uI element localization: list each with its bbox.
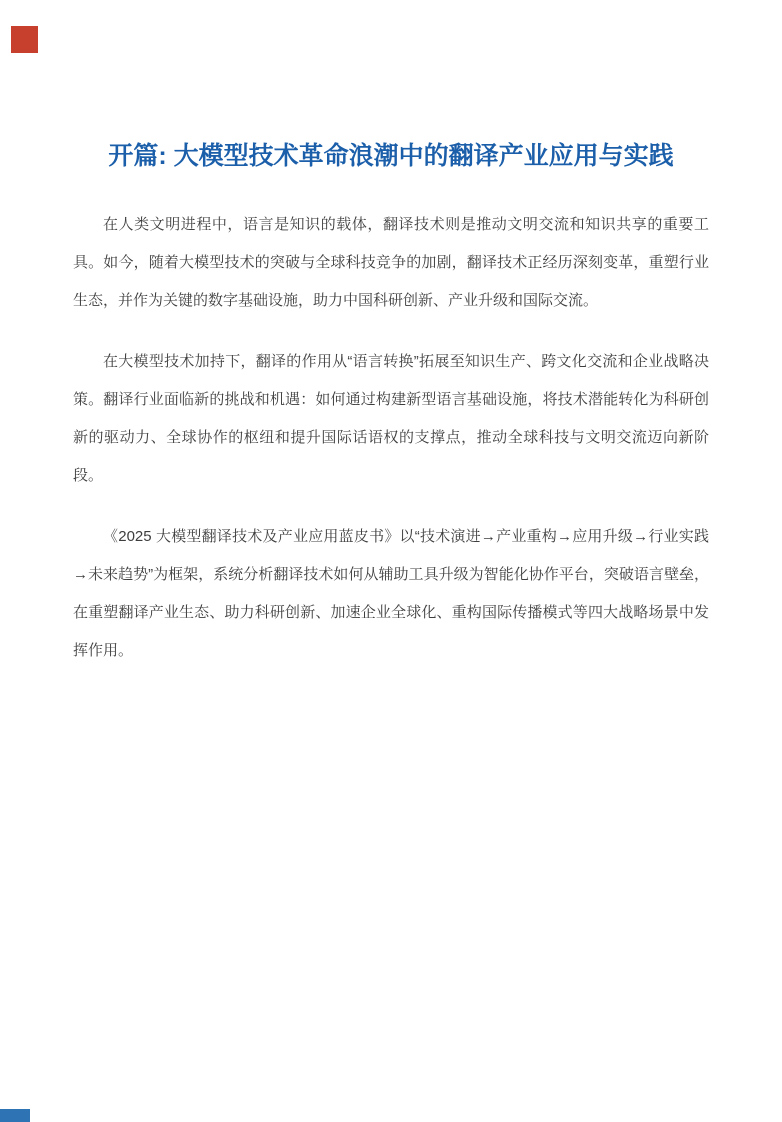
document-page: 开篇: 大模型技术革命浪潮中的翻译产业应用与实践 在人类文明进程中，语言是知识的… (0, 0, 782, 1122)
paragraph-role-expansion: 在大模型技术加持下，翻译的作用从“语言转换”拓展至知识生产、跨文化交流和企业战略… (73, 343, 709, 495)
paragraph-intro: 在人类文明进程中，语言是知识的载体，翻译技术则是推动文明交流和知识共享的重要工具… (73, 206, 709, 320)
page-corner-accent-square (11, 26, 38, 53)
page-title: 开篇: 大模型技术革命浪潮中的翻译产业应用与实践 (73, 139, 709, 173)
paragraph-bluebook-framework: 《2025 大模型翻译技术及产业应用蓝皮书》以“技术演进→产业重构→应用升级→行… (73, 518, 709, 670)
page-content: 开篇: 大模型技术革命浪潮中的翻译产业应用与实践 在人类文明进程中，语言是知识的… (73, 139, 709, 693)
footer-accent-bar (0, 1109, 30, 1122)
